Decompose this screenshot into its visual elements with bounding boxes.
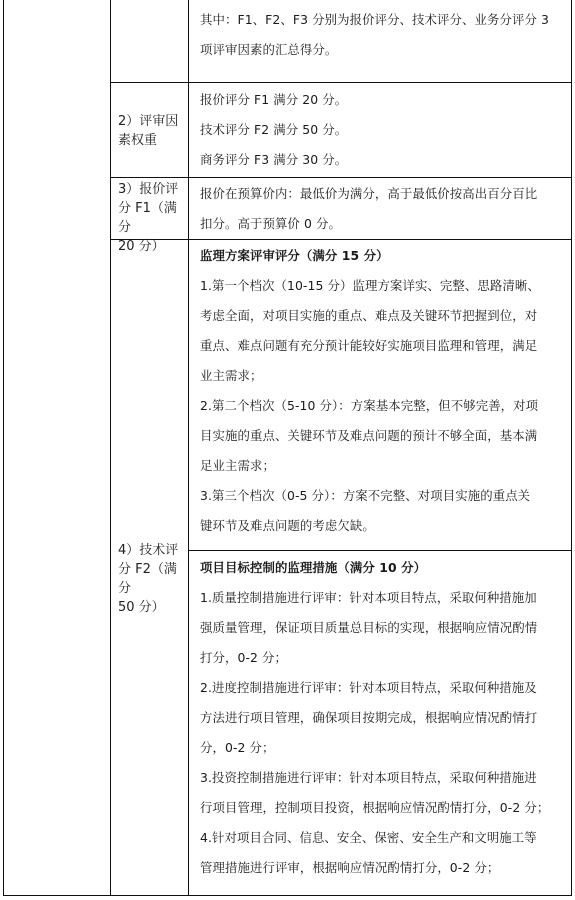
price-score-label: 3）报价评 分 F1（满分 20 分）: [112, 180, 189, 256]
criteria-line: 目实施的重点、关键环节及难点问题的预计不够全面，基本满: [200, 421, 567, 451]
criteria-line: 1.质量控制措施进行评审：针对本项目特点，采取何种措施加: [200, 583, 567, 613]
criteria-line: 键环节及难点问题的考虑欠缺。: [200, 511, 567, 541]
price-label-line: 20 分）: [118, 237, 185, 256]
criteria-line: 强质量管理，保证项目质量总目标的实现，根据响应情况酌情: [200, 613, 567, 643]
weights-label-line: 素权重: [118, 131, 185, 150]
price-label-line: 分 F1（满分: [118, 199, 185, 237]
criteria-line: 3.第三个档次（0-5 分）：方案不完整、对项目实施的重点关: [200, 481, 567, 511]
weight-f1: 报价评分 F1 满分 20 分。: [200, 85, 567, 115]
criteria-line: 2.第二个档次（5-10 分）：方案基本完整，但不够完善，对项: [200, 391, 567, 421]
formula-note-line: 项评审因素的汇总得分。: [200, 35, 567, 65]
weights-label: 2）评审因 素权重: [112, 112, 189, 150]
criteria-line: 1.第一个档次（10-15 分）监理方案详实、完整、思路清晰、: [200, 271, 567, 301]
criteria-line: 管理措施进行评审，根据响应情况酌情打分，0-2 分；: [200, 853, 567, 883]
price-label-line: 3）报价评: [118, 180, 185, 199]
criteria-line: 打分，0-2 分；: [200, 643, 567, 673]
criteria-line: 方法进行项目管理，确保项目按期完成，根据响应情况酌情打: [200, 703, 567, 733]
formula-note-cell: 其中：F1、F2、F3 分别为报价评分、技术评分、业务分评分 3 项评审因素的汇…: [190, 5, 573, 65]
tech-score-label: 4）技术评 分 F2（满分 50 分）: [112, 541, 189, 617]
weight-f3: 商务评分 F3 满分 30 分。: [200, 145, 567, 175]
tech-label-line: 4）技术评: [118, 541, 185, 560]
scoring-table: 其中：F1、F2、F3 分别为报价评分、技术评分、业务分评分 3 项评审因素的汇…: [3, 0, 572, 896]
section-heading: 监理方案评审评分（满分 15 分）: [200, 241, 567, 271]
section-heading: 项目目标控制的监理措施（满分 10 分）: [200, 553, 567, 583]
criteria-line: 足业主需求；: [200, 451, 567, 481]
criteria-line: 3.投资控制措施进行评审：针对本项目特点，采取何种措施进: [200, 763, 567, 793]
weight-f2: 技术评分 F2 满分 50 分。: [200, 115, 567, 145]
price-rule-line: 报价在预算价内：最低价为满分，高于最低价按高出百分百比: [200, 179, 567, 209]
row-divider: [111, 177, 571, 178]
supervision-plan-section: 监理方案评审评分（满分 15 分） 1.第一个档次（10-15 分）监理方案详实…: [190, 241, 573, 541]
row-divider: [111, 82, 571, 83]
formula-note-line: 其中：F1、F2、F3 分别为报价评分、技术评分、业务分评分 3: [200, 5, 567, 35]
criteria-line: 重点、难点问题有充分预计能较好实施项目监理和管理，满足: [200, 331, 567, 361]
target-control-section: 项目目标控制的监理措施（满分 10 分） 1.质量控制措施进行评审：针对本项目特…: [190, 553, 573, 883]
criteria-line: 4.针对项目合同、信息、安全、保密、安全生产和文明施工等: [200, 823, 567, 853]
weights-cell: 报价评分 F1 满分 20 分。 技术评分 F2 满分 50 分。 商务评分 F…: [190, 85, 573, 175]
tech-label-line: 50 分）: [118, 598, 185, 617]
criteria-line: 2.进度控制措施进行评审：针对本项目特点，采取何种措施及: [200, 673, 567, 703]
table-column-category: [4, 0, 111, 895]
price-rule-line: 扣分。高于预算价 0 分。: [200, 209, 567, 239]
price-score-cell: 报价在预算价内：最低价为满分，高于最低价按高出百分百比 扣分。高于预算价 0 分…: [190, 179, 573, 239]
section-divider: [189, 550, 571, 551]
weights-label-line: 2）评审因: [118, 112, 185, 131]
criteria-line: 业主需求；: [200, 361, 567, 391]
criteria-line: 考虑全面，对项目实施的重点、难点及关键环节把握到位，对: [200, 301, 567, 331]
criteria-line: 分，0-2 分；: [200, 733, 567, 763]
tech-label-line: 分 F2（满分: [118, 560, 185, 598]
criteria-line: 行项目管理，控制项目投资，根据响应情况酌情打分，0-2 分；: [200, 793, 567, 823]
